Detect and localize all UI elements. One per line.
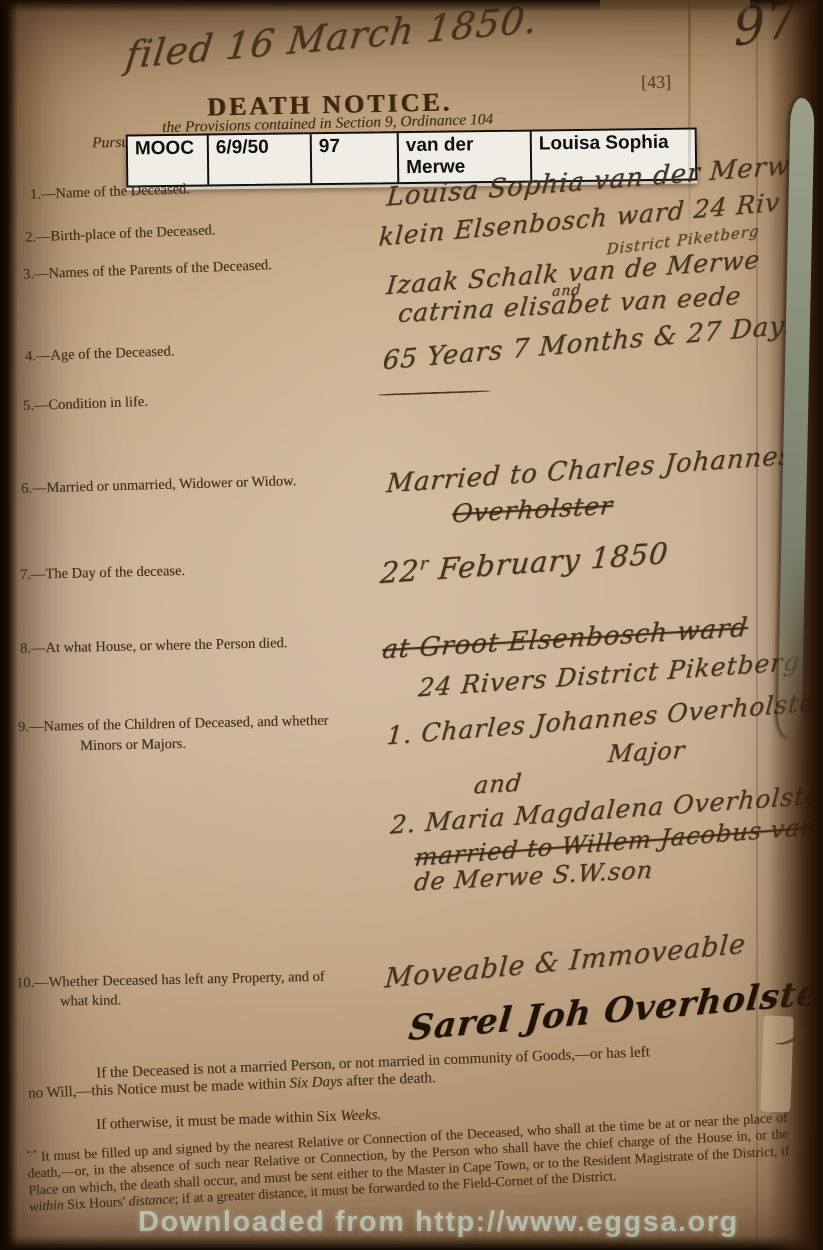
answer-children-line3: and	[473, 769, 524, 800]
answer-children-line2: Major	[607, 736, 687, 768]
note3-part2: Six Hours'	[63, 1194, 129, 1212]
field-label-10b: what kind.	[60, 992, 122, 1010]
scanned-death-notice: filed 16 March 1850. 97 [43] DEATH NOTIC…	[0, 0, 823, 1250]
field-label-9b: Minors or Majors.	[80, 736, 186, 755]
note1-line2-italic: Six Days	[289, 1074, 342, 1092]
strip-volume: 6/9/50	[209, 134, 313, 184]
note3-italic1: within	[29, 1197, 64, 1214]
decease-day-number: 22	[379, 553, 421, 590]
note2-italic: Weeks.	[340, 1107, 381, 1124]
strip-archive: MOOC	[128, 135, 210, 185]
note1-line2-post: after the death.	[342, 1070, 436, 1090]
page-number: [43]	[641, 72, 671, 94]
strip-number: 97	[312, 133, 400, 183]
watermark-text: Downloaded from http://www.eggsa.org	[138, 1206, 739, 1239]
